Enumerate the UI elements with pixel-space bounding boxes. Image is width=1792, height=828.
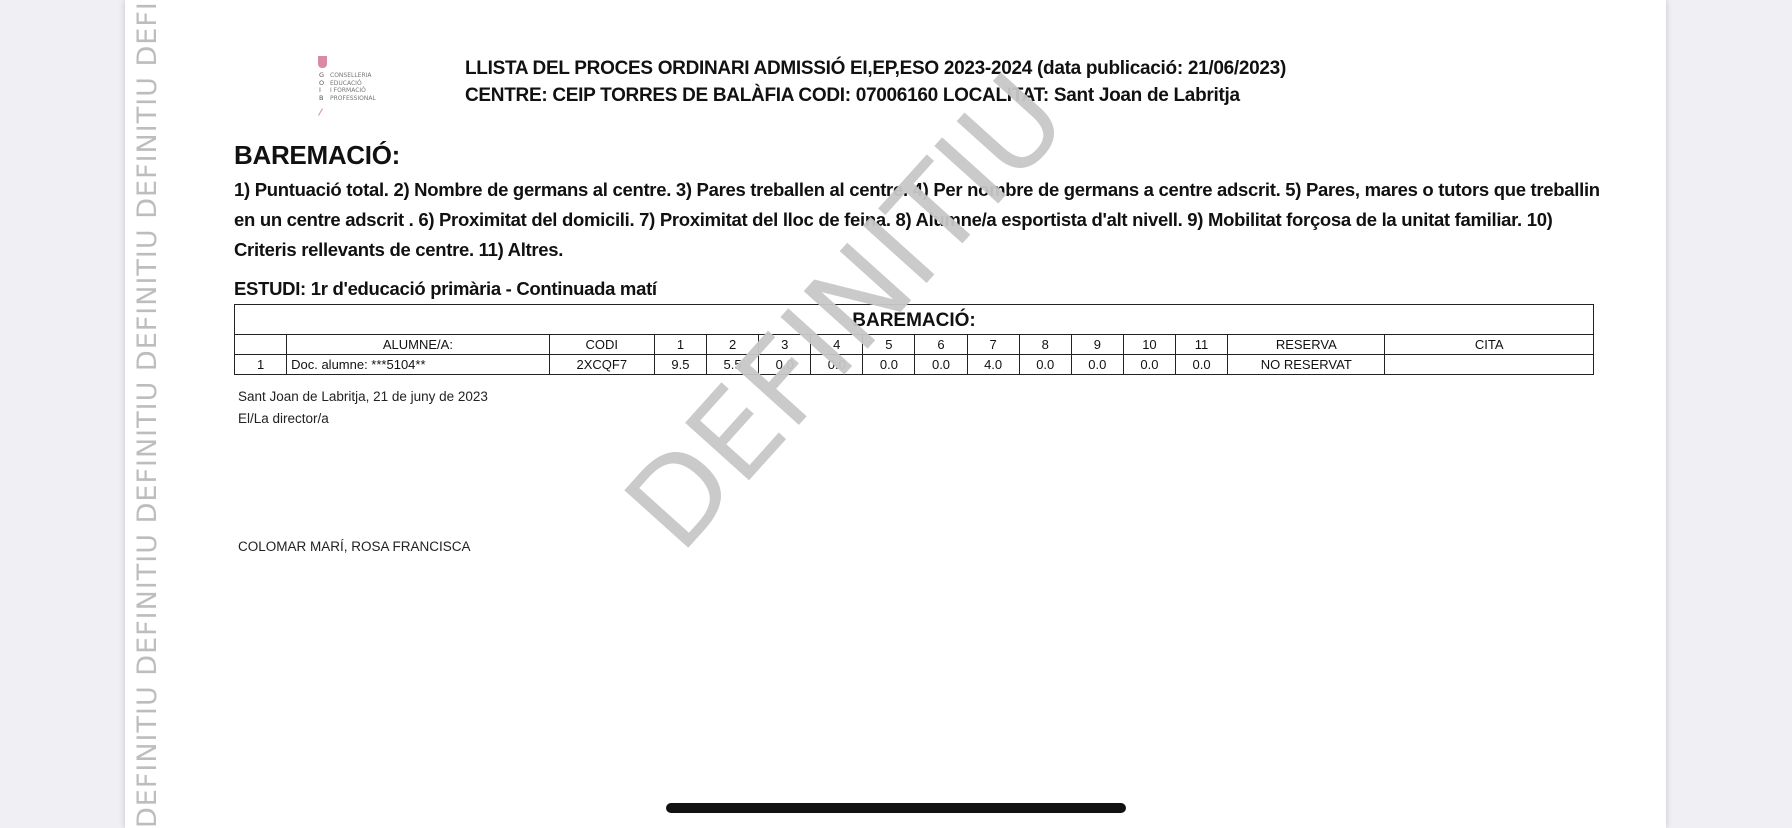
column-header: 2 [707, 335, 759, 355]
column-header: 7 [967, 335, 1019, 355]
table-cell: 0.0 [1123, 355, 1175, 375]
table-cell: NO RESERVAT [1228, 355, 1385, 375]
column-header: 1 [654, 335, 706, 355]
table-cell: 0.0 [759, 355, 811, 375]
table-cell [1385, 355, 1594, 375]
column-header: RESERVA [1228, 335, 1385, 355]
column-header: 11 [1176, 335, 1228, 355]
table-cell: 2XCQF7 [549, 355, 654, 375]
table-cell: Doc. alumne: ***5104** [287, 355, 550, 375]
column-header: 9 [1071, 335, 1123, 355]
column-header: ALUMNE/A: [287, 335, 550, 355]
table-cell: 0.0 [863, 355, 915, 375]
column-header: 5 [863, 335, 915, 355]
viewer-background-left [0, 0, 125, 828]
header-title: LLISTA DEL PROCES ORDINARI ADMISSIÓ EI,E… [465, 58, 1286, 80]
table-row: 1Doc. alumne: ***5104**2XCQF79.55.50.00.… [235, 355, 1594, 375]
signer-role: El/La director/a [238, 411, 329, 426]
column-header: CODI [549, 335, 654, 355]
baremacio-table: BAREMACIÓ: ALUMNE/A:CODI1234567891011RES… [234, 304, 1594, 375]
table-header-row: ALUMNE/A:CODI1234567891011RESERVACITA [235, 335, 1594, 355]
column-header [235, 335, 287, 355]
table-cell: 4.0 [967, 355, 1019, 375]
table-cell: 0.0 [1176, 355, 1228, 375]
table-cell: 0.0 [915, 355, 967, 375]
logo-slash [318, 108, 323, 115]
column-header: 6 [915, 335, 967, 355]
table-title: BAREMACIÓ: [235, 305, 1594, 335]
table-cell: 0.0 [1071, 355, 1123, 375]
table-cell: 5.5 [707, 355, 759, 375]
column-header: 4 [811, 335, 863, 355]
baremacio-description: 1) Puntuació total. 2) Nombre de germans… [234, 175, 1604, 265]
logo-letters: GOIB [319, 72, 324, 102]
column-header: CITA [1385, 335, 1594, 355]
home-indicator[interactable] [666, 803, 1126, 813]
table-cell: 9.5 [654, 355, 706, 375]
document-page [125, 0, 1666, 828]
table-cell: 1 [235, 355, 287, 375]
column-header: 10 [1123, 335, 1175, 355]
column-header: 3 [759, 335, 811, 355]
table-cell: 0.0 [811, 355, 863, 375]
table-cell: 0.0 [1019, 355, 1071, 375]
goib-logo: GOIB CONSELLERIAEDUCACIÓI FORMACIÓPROFES… [318, 56, 378, 120]
header-centre: CENTRE: CEIP TORRES DE BALÀFIA CODI: 070… [465, 85, 1240, 107]
place-date: Sant Joan de Labritja, 21 de juny de 202… [238, 389, 488, 404]
baremacio-title: BAREMACIÓ: [234, 140, 400, 171]
estudi-label: ESTUDI: 1r d'educació primària - Continu… [234, 278, 657, 300]
logo-words: CONSELLERIAEDUCACIÓI FORMACIÓPROFESSIONA… [330, 72, 376, 102]
side-watermark: DEFINITIU DEFINITIU DEFINITIU DEFINITIU … [132, 0, 163, 828]
signatory-name: COLOMAR MARÍ, ROSA FRANCISCA [238, 539, 471, 554]
column-header: 8 [1019, 335, 1071, 355]
shield-icon [318, 56, 327, 68]
